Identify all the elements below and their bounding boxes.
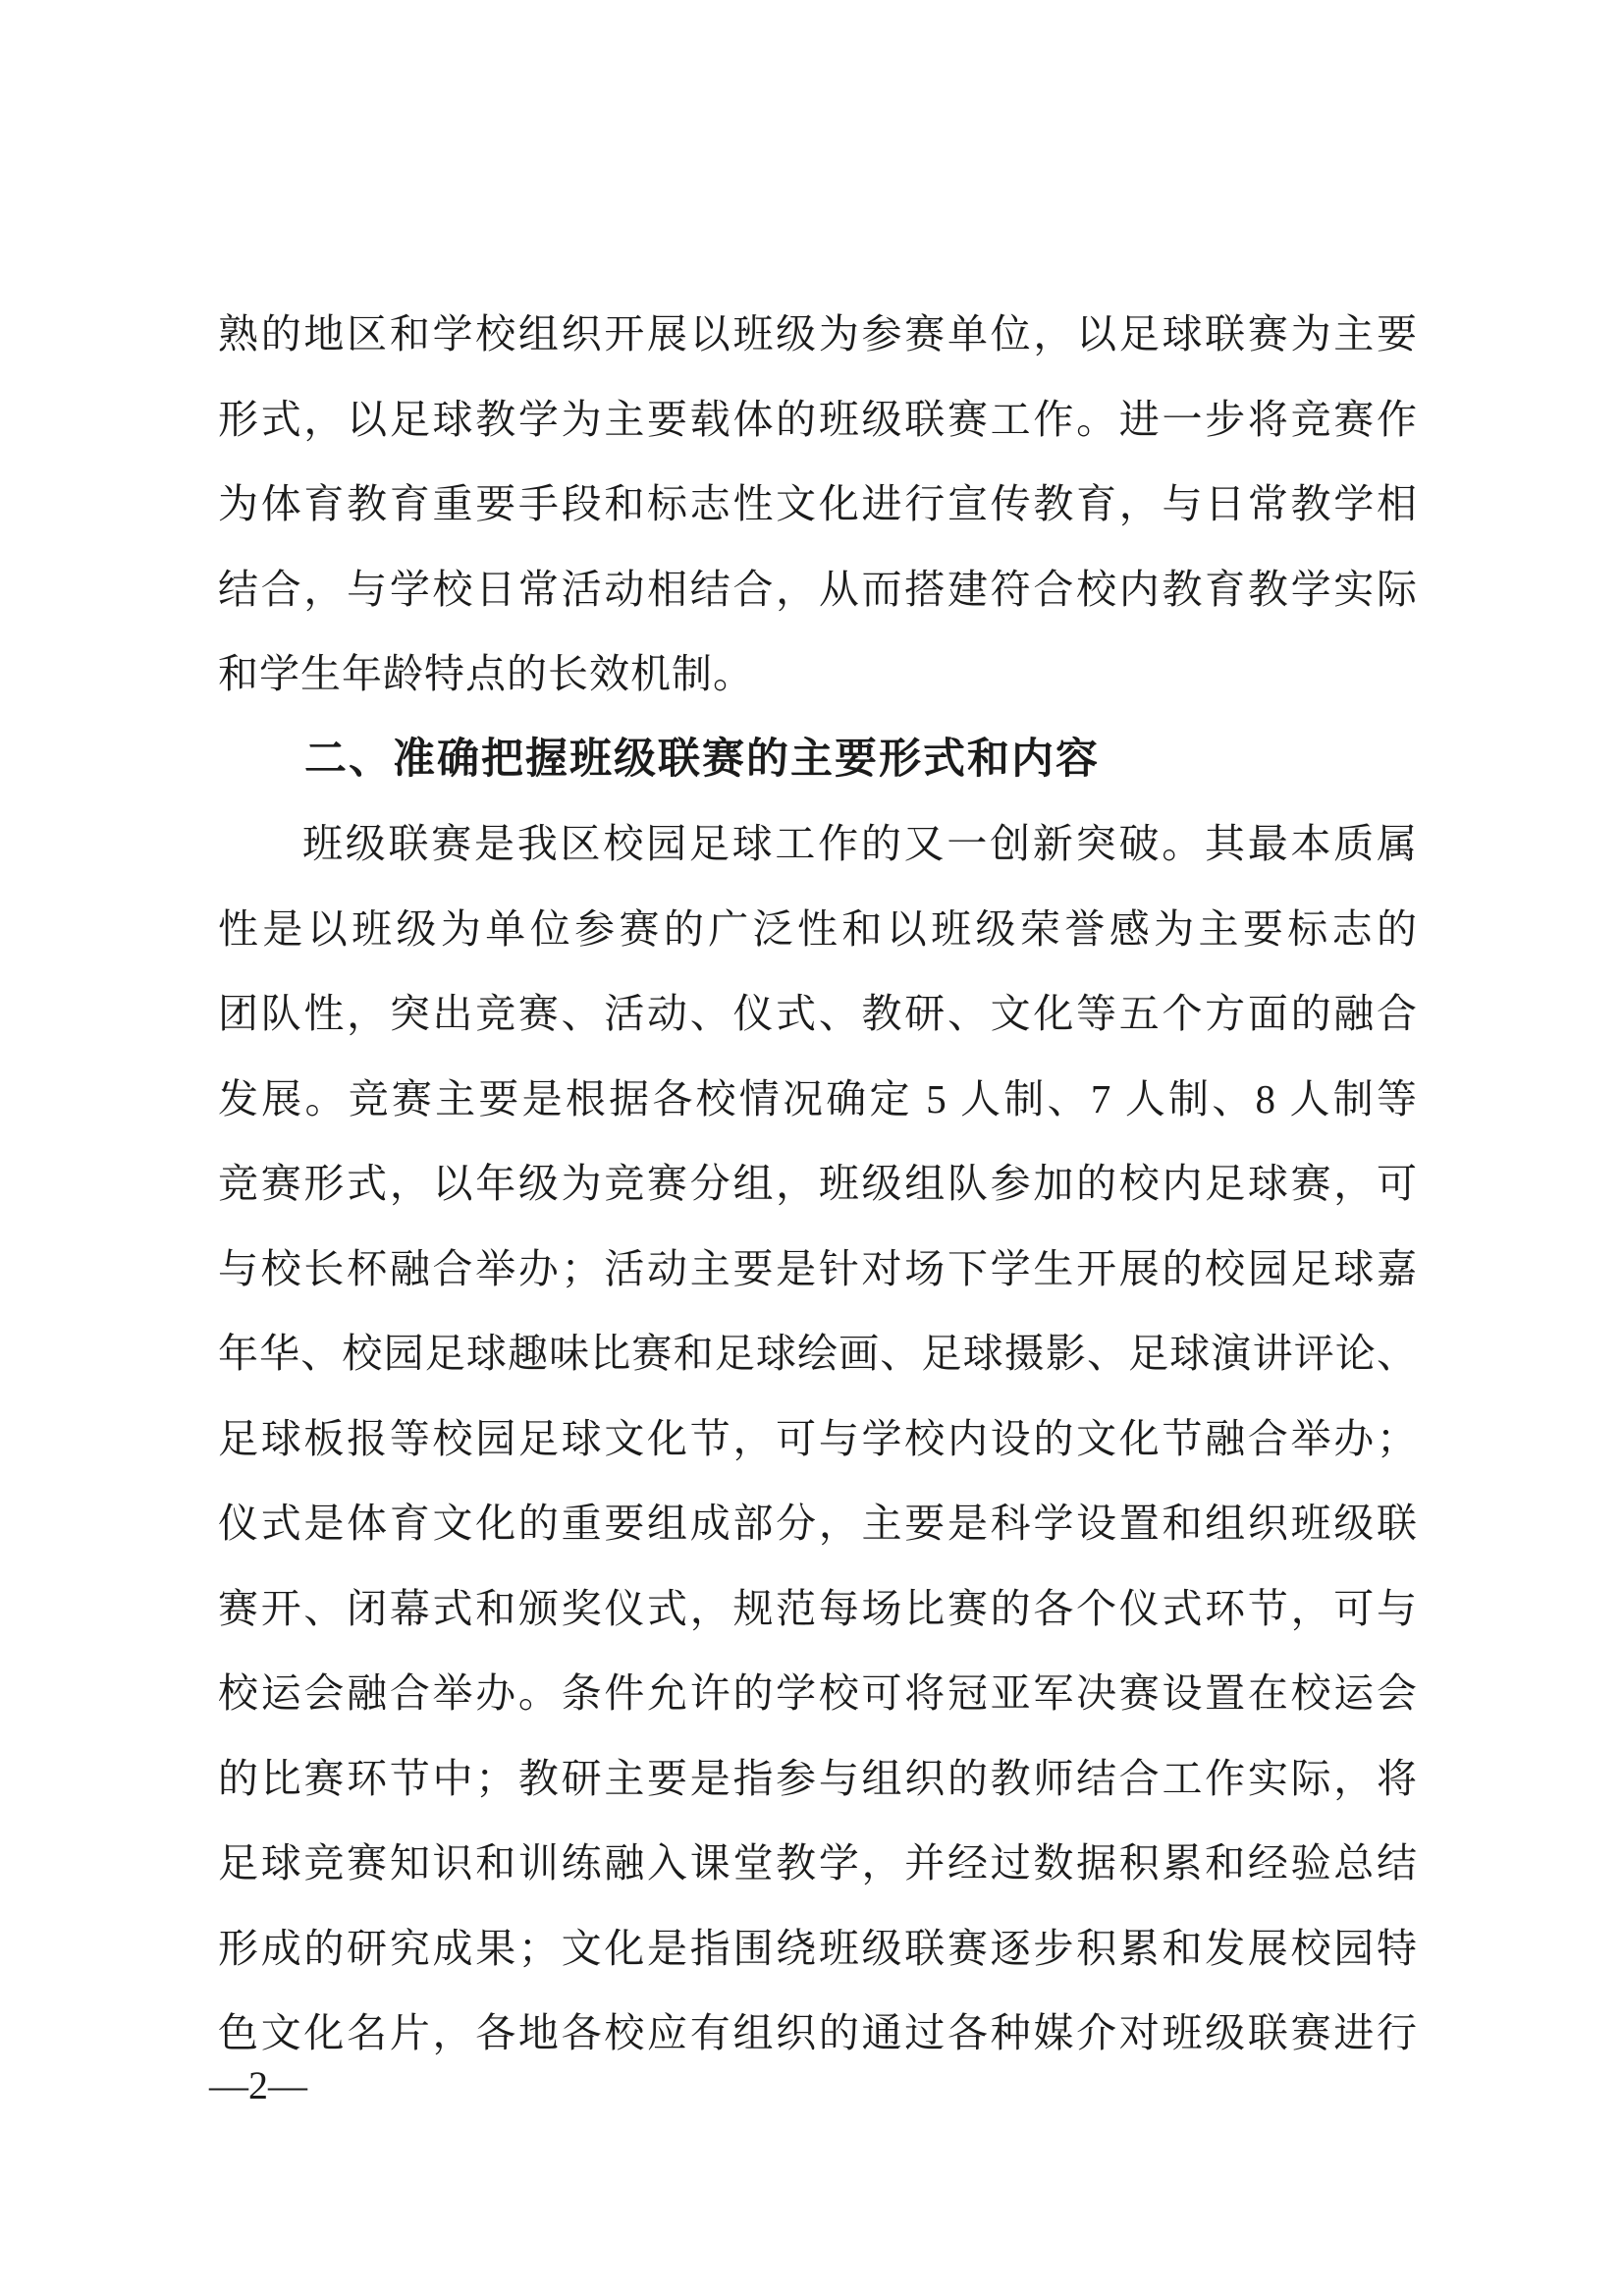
text-line: 仪式是体育文化的重要组成部分，主要是科学设置和组织班级联 [218, 1481, 1418, 1566]
text-line: 与校长杯融合举办；活动主要是针对场下学生开展的校园足球嘉 [218, 1227, 1418, 1312]
text-line: 的比赛环节中；教研主要是指参与组织的教师结合工作实际，将 [218, 1736, 1418, 1822]
body-text: 熟的地区和学校组织开展以班级为参赛单位，以足球联赛为主要 形式，以足球教学为主要… [218, 292, 1418, 2076]
text-line: 校运会融合举办。条件允许的学校可将冠亚军决赛设置在校运会 [218, 1651, 1418, 1736]
text-line: 赛开、闭幕式和颁奖仪式，规范每场比赛的各个仪式环节，可与 [218, 1566, 1418, 1652]
text-line: 发展。竞赛主要是根据各校情况确定 5 人制、7 人制、8 人制等 [218, 1057, 1418, 1142]
paragraph-first-line: 班级联赛是我区校园足球工作的又一创新突破。其最本质属 [218, 801, 1418, 887]
text-line: 足球竞赛知识和训练融入课堂教学，并经过数据积累和经验总结 [218, 1821, 1418, 1906]
text-line: 足球板报等校园足球文化节，可与学校内设的文化节融合举办； [218, 1396, 1418, 1482]
page-number: —2— [209, 2060, 307, 2111]
text-line: 性是以班级为单位参赛的广泛性和以班级荣誉感为主要标志的 [218, 887, 1418, 972]
text-line: 团队性，突出竞赛、活动、仪式、教研、文化等五个方面的融合 [218, 971, 1418, 1057]
text-line: 形成的研究成果；文化是指围绕班级联赛逐步积累和发展校园特 [218, 1906, 1418, 1992]
text-line: 竞赛形式，以年级为竞赛分组，班级组队参加的校内足球赛，可 [218, 1141, 1418, 1227]
text-line: 熟的地区和学校组织开展以班级为参赛单位，以足球联赛为主要 [218, 292, 1418, 377]
text-line: 结合，与学校日常活动相结合，从而搭建符合校内教育教学实际 [218, 547, 1418, 632]
document-page: 熟的地区和学校组织开展以班级为参赛单位，以足球联赛为主要 形式，以足球教学为主要… [0, 0, 1623, 2296]
text-line: 形式，以足球教学为主要载体的班级联赛工作。进一步将竞赛作 [218, 377, 1418, 463]
text-line: 年华、校园足球趣味比赛和足球绘画、足球摄影、足球演讲评论、 [218, 1311, 1418, 1396]
text-line: 为体育教育重要手段和标志性文化进行宣传教育，与日常教学相 [218, 462, 1418, 547]
text-line: 色文化名片，各地各校应有组织的通过各种媒介对班级联赛进行 [218, 1991, 1418, 2076]
section-heading: 二、准确把握班级联赛的主要形式和内容 [218, 717, 1418, 802]
text-line: 和学生年龄特点的长效机制。 [218, 631, 1418, 717]
